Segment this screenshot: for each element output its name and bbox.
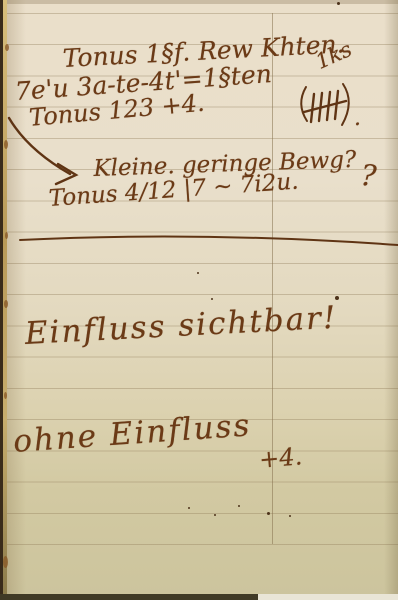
binding-spot <box>3 556 8 568</box>
margin-period: . <box>354 106 361 131</box>
paper-shading-right <box>384 0 398 600</box>
ink-speck <box>289 515 291 517</box>
ink-speck <box>238 505 240 507</box>
ink-speck <box>214 514 216 516</box>
binding-spot <box>4 392 7 399</box>
page-edge-bottom-light <box>258 594 398 600</box>
binding-spot <box>5 232 8 239</box>
ink-speck <box>188 507 190 509</box>
binding-spot <box>4 140 8 149</box>
notebook-photo: Tonus 1§f. Rew Khten. 7e'u 3a-te-4t'=1§t… <box>0 0 398 600</box>
handwriting-value-plus4: +4. <box>258 442 303 474</box>
margin-question-mark: ? <box>360 158 378 193</box>
ink-speck <box>197 272 199 274</box>
ink-speck <box>211 298 213 300</box>
binding-spot <box>4 300 8 308</box>
binding-spot <box>5 44 9 51</box>
page-edge-bottom-dark <box>0 594 258 600</box>
ink-speck <box>337 2 340 5</box>
ink-speck <box>267 512 270 515</box>
